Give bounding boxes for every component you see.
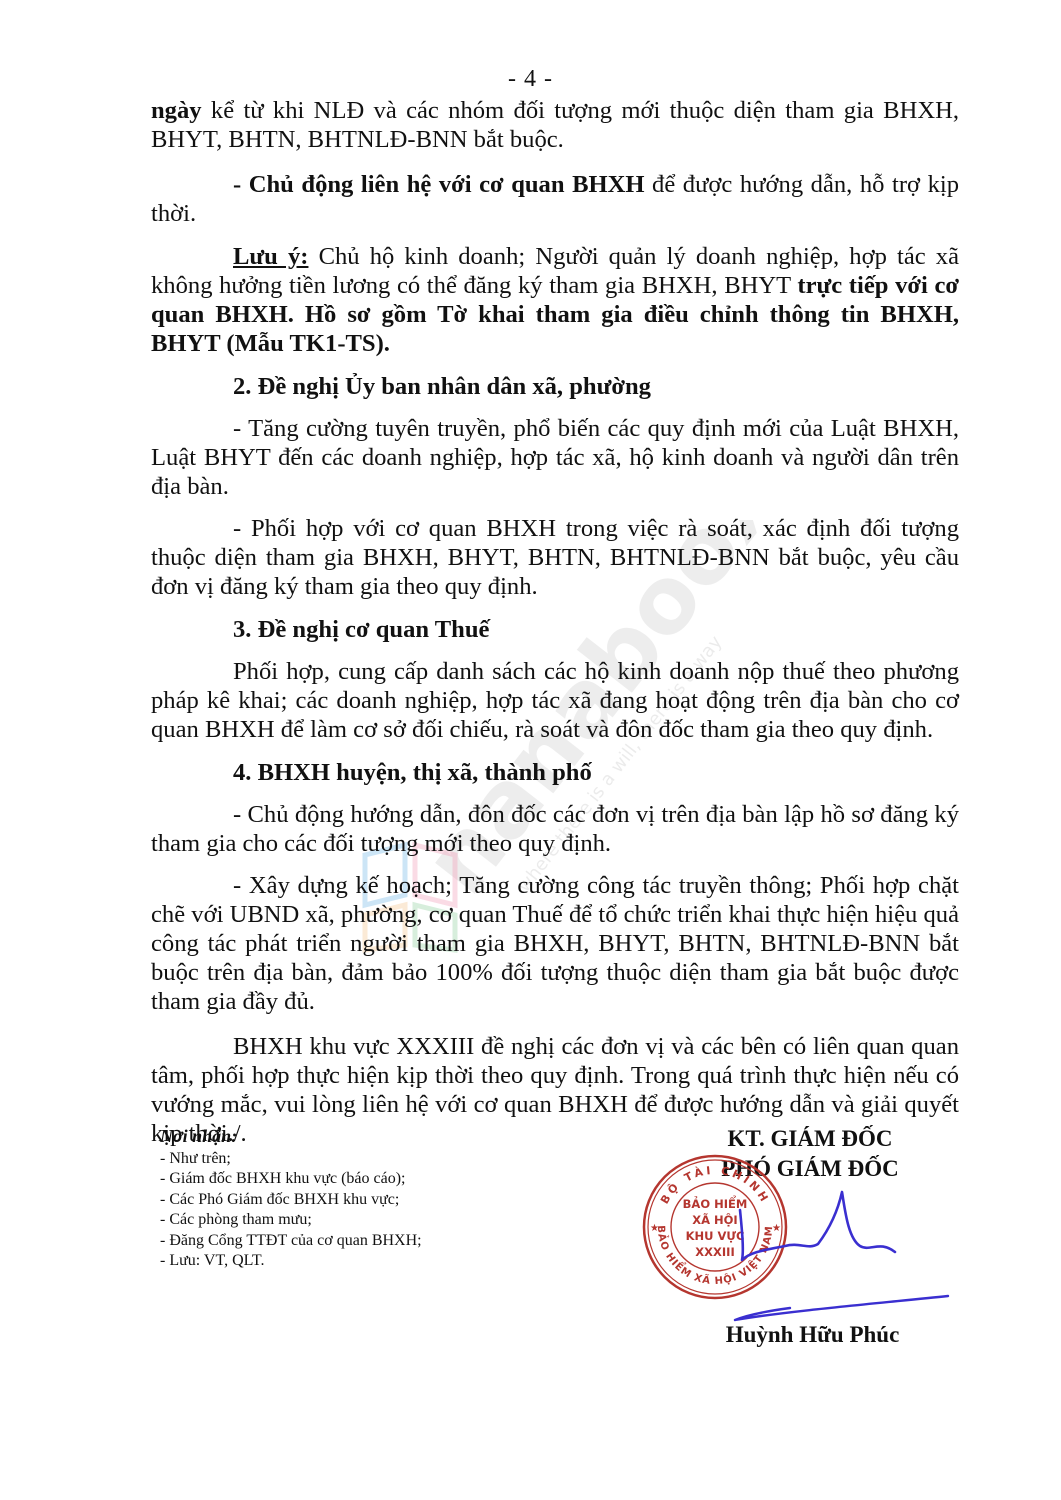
section-2-paragraph-2: - Phối hợp với cơ quan BHXH trong việc r… [151, 514, 959, 601]
section-4-paragraph-1: - Chủ động hướng dẫn, đôn đốc các đơn vị… [151, 800, 959, 858]
recipient-item: - Lưu: VT, QLT. [160, 1251, 422, 1272]
recipient-item: - Như trên; [160, 1149, 422, 1170]
recipients-title: Nơi nhận: [160, 1126, 422, 1147]
recipient-item: - Các Phó Giám đốc BHXH khu vực; [160, 1190, 422, 1211]
signature-line-1: KT. GIÁM ĐỐC [700, 1124, 920, 1154]
recipients-block: Nơi nhận: - Như trên; - Giám đốc BHXH kh… [160, 1126, 422, 1272]
recipient-item: - Giám đốc BHXH khu vực (báo cáo); [160, 1169, 422, 1190]
svg-text:★: ★ [650, 1223, 659, 1234]
section-heading-2: 2. Đề nghị Ủy ban nhân dân xã, phường [151, 372, 959, 401]
document-body: ngày kể từ khi NLĐ và các nhóm đối tượng… [151, 96, 959, 1148]
section-heading-3: 3. Đề nghị cơ quan Thuế [151, 615, 959, 644]
section-4-paragraph-2: - Xây dựng kế hoạch; Tăng cường công tác… [151, 871, 959, 1016]
document-page: - 4 - nanaboox where there is a will, th… [0, 0, 1061, 1500]
paragraph-continuation: ngày kể từ khi NLĐ và các nhóm đối tượng… [151, 96, 959, 154]
paragraph-contact: - Chủ động liên hệ với cơ quan BHXH để đ… [151, 170, 959, 228]
handwritten-signature [690, 1180, 960, 1340]
signer-name: Huỳnh Hữu Phúc [690, 1322, 935, 1348]
section-2-paragraph-1: - Tăng cường tuyên truyền, phổ biến các … [151, 414, 959, 501]
recipient-item: - Đăng Cổng TTĐT của cơ quan BHXH; [160, 1231, 422, 1252]
paragraph-note: Lưu ý: Chủ hộ kinh doanh; Người quản lý … [151, 242, 959, 358]
section-3-paragraph-1: Phối hợp, cung cấp danh sách các hộ kinh… [151, 657, 959, 744]
section-heading-4: 4. BHXH huyện, thị xã, thành phố [151, 758, 959, 787]
recipient-item: - Các phòng tham mưu; [160, 1210, 422, 1231]
note-label: Lưu ý: [233, 243, 308, 270]
page-number: - 4 - [0, 66, 1061, 93]
